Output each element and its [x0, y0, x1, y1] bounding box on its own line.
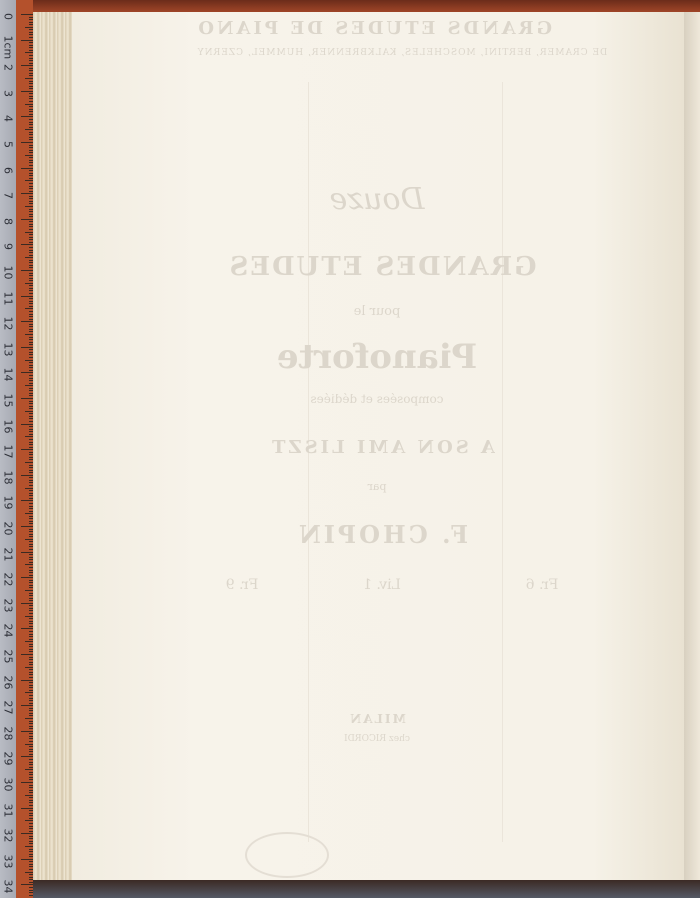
ruler-tick: [21, 577, 33, 578]
ruler-tick: [21, 859, 33, 860]
ruler-label: 7: [2, 189, 15, 203]
ruler-tick: [25, 360, 33, 361]
page-edges: [33, 12, 73, 884]
ruler-tick: [21, 424, 33, 425]
ruler-tick: [21, 116, 33, 117]
ruler-tick: [25, 539, 33, 540]
ghost-line5: composées et dédiées: [272, 392, 482, 406]
ruler-label: 28: [2, 726, 15, 740]
ruler-label: 23: [2, 598, 15, 612]
ruler-tick: [21, 782, 33, 783]
ruler-tick: [25, 846, 33, 847]
ruler-tick: [21, 219, 33, 220]
ruler-tick: [25, 52, 33, 53]
ruler-tick: [25, 78, 33, 79]
ruler-label: 6: [2, 163, 15, 177]
ruler-label: 2: [2, 61, 15, 75]
ruler-label: 22: [2, 573, 15, 587]
ruler-tick: [25, 820, 33, 821]
ruler-tick: [21, 731, 33, 732]
ghost-subheader: DE CRAMER, BERTINI, MOSCHELES, KALKBRENN…: [132, 48, 672, 58]
ghost-price: Fr. 6: [512, 577, 572, 593]
ruler-tick: [25, 488, 33, 489]
ruler-tick: [21, 680, 33, 681]
ruler-tick: [25, 692, 33, 693]
ruler-tick: [21, 705, 33, 706]
ruler-tick: [25, 616, 33, 617]
ruler-tick: [25, 744, 33, 745]
ruler-tick: [21, 270, 33, 271]
ghost-line3: pour le: [302, 304, 452, 319]
ruler-tick: [25, 104, 33, 105]
ruler-label: 34: [2, 880, 15, 894]
ruler-tick: [21, 14, 33, 15]
ghost-line4: Pianoforte: [252, 337, 502, 377]
ruler-tick: [21, 244, 33, 245]
ghost-line1: Douze: [252, 182, 502, 217]
ruler-tick: [21, 347, 33, 348]
ruler-label: 26: [2, 675, 15, 689]
ruler-tick: [25, 513, 33, 514]
ruler-tick: [21, 475, 33, 476]
ruler-label: 25: [2, 650, 15, 664]
measuring-ruler: 01cm234567891011121314151617181920212223…: [0, 0, 16, 898]
ghost-publisher: chez RICORDI: [272, 734, 482, 744]
ruler-tick: [25, 334, 33, 335]
ruler-tick: [21, 833, 33, 834]
ruler-tick: [25, 641, 33, 642]
ruler-tick: [25, 769, 33, 770]
ruler-tick: [21, 603, 33, 604]
ruler-tick: [25, 667, 33, 668]
ruler-tick: [25, 155, 33, 156]
ruler-tick: [21, 91, 33, 92]
ruler-label: 30: [2, 778, 15, 792]
ruler-label: 32: [2, 829, 15, 843]
ruler-label: 8: [2, 214, 15, 228]
ruler-tick: [25, 232, 33, 233]
ruler-label: 16: [2, 419, 15, 433]
ruler-tick: [25, 257, 33, 258]
ruler-tick: [25, 129, 33, 130]
ruler-tick: [21, 65, 33, 66]
ruler-tick: [21, 296, 33, 297]
ruler-tick: [21, 193, 33, 194]
ruler-label: 15: [2, 394, 15, 408]
facing-page-edge: [684, 12, 700, 882]
ruler-tick: [25, 564, 33, 565]
ghost-city: MILAN: [332, 712, 422, 726]
ruler-tick: [25, 590, 33, 591]
ruler-tick: [25, 411, 33, 412]
ruler-label: 31: [2, 803, 15, 817]
ruler-tick: [21, 654, 33, 655]
ghost-header: GRANDS ETUDES DE PIANO: [222, 18, 552, 39]
column-rule: [502, 82, 503, 842]
ruler-tick: [25, 436, 33, 437]
ruler-tick: [25, 27, 33, 28]
ruler-tick: [25, 872, 33, 873]
ruler-label: 11: [2, 291, 15, 305]
ruler-tick: [25, 795, 33, 796]
ruler-label: 33: [2, 854, 15, 868]
ruler-label: 27: [2, 701, 15, 715]
ruler-label: 12: [2, 317, 15, 331]
ruler-tick: [21, 398, 33, 399]
ruler-label: 5: [2, 138, 15, 152]
ruler-tick: [25, 462, 33, 463]
ghost-price: Fr. 9: [212, 577, 272, 593]
ruler-label: 24: [2, 624, 15, 638]
ruler-tick: [21, 808, 33, 809]
ruler-label: 10: [2, 266, 15, 280]
ruler-tick: [21, 321, 33, 322]
ruler-label: 0: [2, 10, 15, 24]
book-page: GRANDS ETUDES DE PIANO DE CRAMER, BERTIN…: [72, 12, 684, 882]
ruler-tick: [21, 552, 33, 553]
book-cover-bottom: [33, 880, 700, 898]
ghost-line8: F. CHOPIN: [232, 520, 532, 549]
library-stamp: [245, 832, 329, 878]
book-binding: [16, 0, 33, 898]
ruler-label: 29: [2, 752, 15, 766]
ruler-tick: [21, 500, 33, 501]
ruler-tick: [25, 718, 33, 719]
ruler-label: 19: [2, 496, 15, 510]
ruler-tick: [25, 206, 33, 207]
ghost-line7: par: [342, 480, 412, 493]
ruler-tick: [21, 372, 33, 373]
ruler-tick: [21, 142, 33, 143]
ghost-line2: GRANDES ETUDES: [192, 252, 572, 282]
ghost-line6: A SON AMI LISZT: [222, 437, 542, 458]
ruler-tick: [21, 756, 33, 757]
ruler-tick: [21, 40, 33, 41]
ruler-label: 18: [2, 470, 15, 484]
ruler-tick: [25, 283, 33, 284]
ruler-label: 9: [2, 240, 15, 254]
ruler-label: 17: [2, 445, 15, 459]
ruler-tick: [21, 526, 33, 527]
ruler-tick: [21, 168, 33, 169]
ruler-tick: [25, 308, 33, 309]
ruler-label: 4: [2, 112, 15, 126]
ruler-label: 3: [2, 86, 15, 100]
ruler-tick: [25, 385, 33, 386]
ruler-label: 14: [2, 368, 15, 382]
ruler-label: 20: [2, 522, 15, 536]
ruler-label: 1cm: [2, 35, 15, 49]
ruler-label: 13: [2, 342, 15, 356]
ghost-price: Liv. 1: [352, 577, 412, 593]
ruler-tick: [21, 628, 33, 629]
ruler-tick: [21, 884, 33, 885]
ruler-label: 21: [2, 547, 15, 561]
ruler-tick: [25, 180, 33, 181]
ruler-tick: [21, 449, 33, 450]
